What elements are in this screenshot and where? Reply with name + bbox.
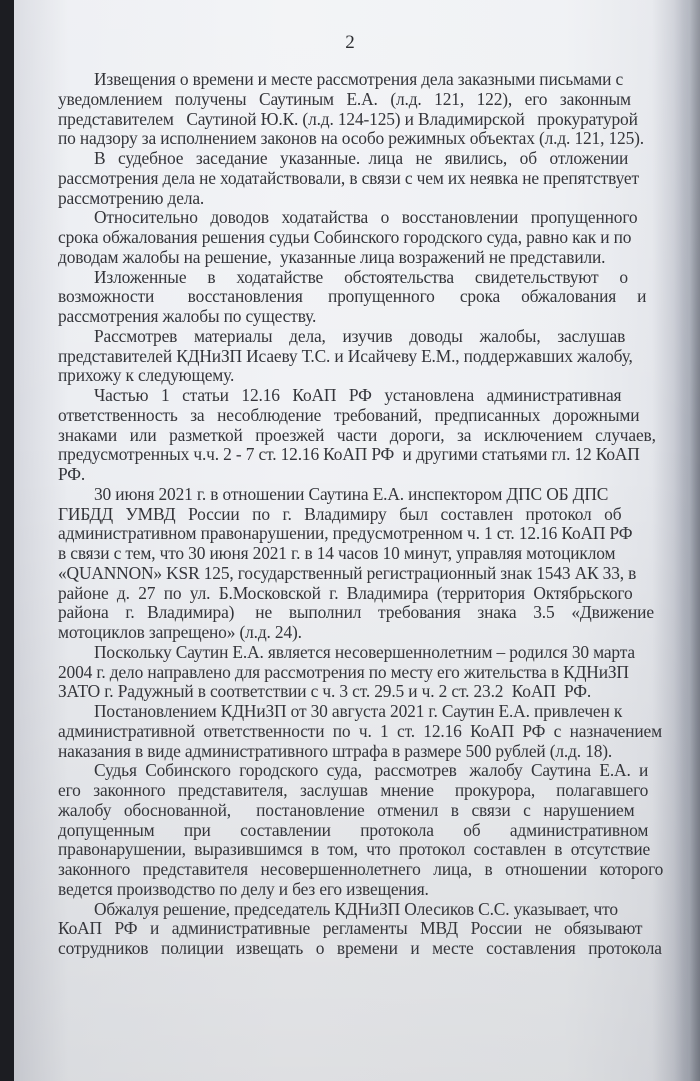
text-line: рассмотрению дела. [58, 189, 700, 209]
text-line: В судебное заседание указанные. лица не … [58, 149, 700, 169]
text-line: правонарушении, выразившимся в том, что … [58, 840, 700, 860]
text-line: представителем Саутиной Ю.К. (л.д. 124-1… [58, 110, 700, 130]
text-line: ведется производство по делу и без его и… [58, 880, 700, 900]
text-line: предусмотренных ч.ч. 2 - 7 ст. 12.16 КоА… [58, 445, 700, 465]
text-line: по надзору за исполнением законов на осо… [58, 129, 700, 149]
text-line: его законного представителя, заслушав мн… [58, 781, 700, 801]
text-line: жалобу обоснованной, постановление отмен… [58, 801, 700, 821]
text-line: прихожу к следующему. [58, 366, 700, 386]
text-line: представителей КДНиЗП Исаеву Т.С. и Исай… [58, 347, 700, 367]
text-line: «QUANNON» KSR 125, государственный регис… [58, 564, 700, 584]
text-line: доводам жалобы на решение, указанные лиц… [58, 248, 700, 268]
text-line: ответственность за несоблюдение требован… [58, 406, 700, 426]
text-line: допущенным при составлении протокола об … [58, 821, 700, 841]
text-line: КоАП РФ и административные регламенты МВ… [58, 919, 700, 939]
text-line: Относительно доводов ходатайства о восст… [58, 208, 700, 228]
text-line: знаками или разметкой проезжей части дор… [58, 426, 700, 446]
text-line: Изложенные в ходатайстве обстоятельства … [58, 268, 700, 288]
text-line: мотоциклов запрещено» (л.д. 24). [58, 623, 700, 643]
text-line: административном правонарушении, предусм… [58, 524, 700, 544]
text-line: рассмотрения жалобы по существу. [58, 307, 700, 327]
text-line: 30 июня 2021 г. в отношении Саутина Е.А.… [58, 485, 700, 505]
text-line: рассмотрения дела не ходатайствовали, в … [58, 169, 700, 189]
text-line: Извещения о времени и месте рассмотрения… [58, 70, 700, 90]
text-line: районе д. 27 по ул. Б.Московской г. Влад… [58, 584, 700, 604]
text-line: РФ. [58, 465, 700, 485]
text-line: ЗАТО г. Радужный в соответствии с ч. 3 с… [58, 682, 700, 702]
text-line: наказания в виде административного штраф… [58, 742, 700, 762]
text-line: сотрудников полиции извещать о времени и… [58, 939, 700, 959]
text-line: возможности восстановления пропущенного … [58, 287, 700, 307]
text-line: Рассмотрев материалы дела, изучив доводы… [58, 327, 700, 347]
text-line: срока обжалования решения судьи Собинско… [58, 228, 700, 248]
page-number: 2 [0, 32, 700, 54]
text-line: Обжалуя решение, председатель КДНиЗП Оле… [58, 900, 700, 920]
text-line: уведомлением получены Саутиным Е.А. (л.д… [58, 90, 700, 110]
text-line: законного представителя несовершеннолетн… [58, 860, 700, 880]
text-line: административной ответственности по ч. 1… [58, 722, 700, 742]
text-line: 2004 г. дело направлено для рассмотрения… [58, 663, 700, 683]
text-line: в связи с тем, что 30 июня 2021 г. в 14 … [58, 544, 700, 564]
text-line: Частью 1 статьи 12.16 КоАП РФ установлен… [58, 386, 700, 406]
document-body: Извещения о времени и месте рассмотрения… [58, 70, 700, 959]
text-line: Поскольку Саутин Е.А. является несоверше… [58, 643, 700, 663]
text-line: Судья Собинского городского суда, рассмо… [58, 761, 700, 781]
text-line: Постановлением КДНиЗП от 30 августа 2021… [58, 702, 700, 722]
text-line: района г. Владимира) не выполнил требова… [58, 603, 700, 623]
text-line: ГИБДД УМВД России по г. Владимиру был со… [58, 505, 700, 525]
